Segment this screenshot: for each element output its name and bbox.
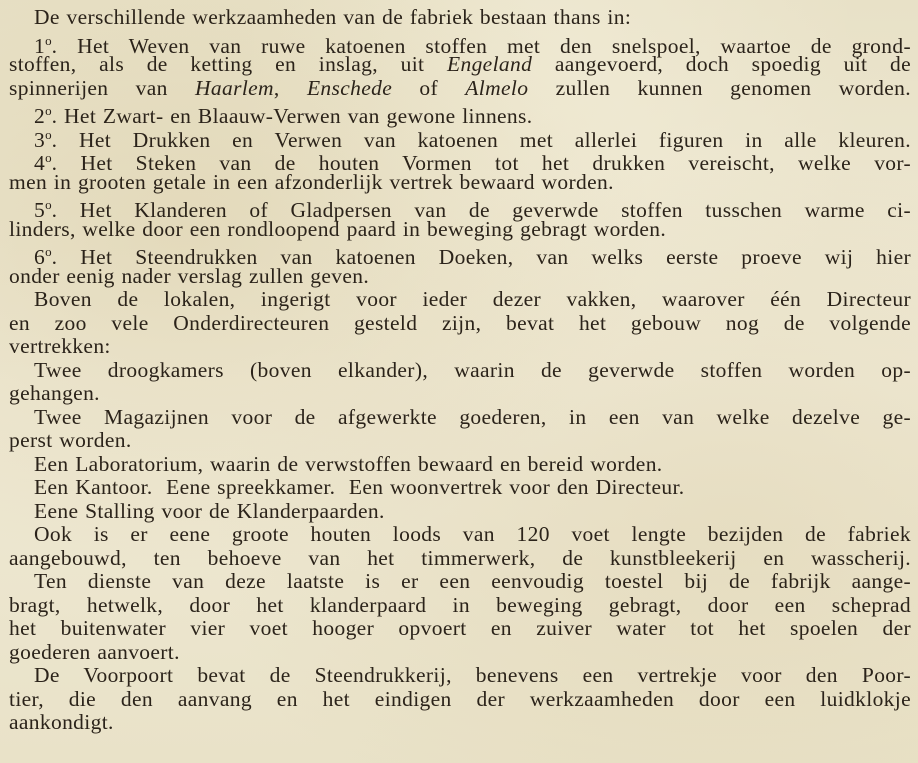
line-text: Twee droogkamers (boven elkander), waari… bbox=[34, 358, 911, 382]
line-text: Eene Stalling voor de Klanderpaarden. bbox=[34, 499, 385, 523]
line-text: De Voorpoort bevat de Steendrukkerij, be… bbox=[34, 663, 911, 687]
line-text: Een Laboratorium, waarin de verwstoffen … bbox=[34, 452, 663, 476]
line-text: Een Kantoor. Eene spreekkamer. Een woonv… bbox=[34, 475, 685, 499]
place-name: Enschede bbox=[307, 76, 392, 100]
line-text: perst worden. bbox=[9, 428, 132, 452]
list-item-2: 2o. Het Zwart- en Blaauw-Verwen van gewo… bbox=[34, 100, 532, 123]
paragraph-start: Boven de lokalen, ingerigt voor ieder de… bbox=[34, 288, 911, 311]
text-line: vertrekken: bbox=[9, 335, 111, 358]
line-text: , bbox=[274, 76, 307, 100]
line-text: spinnerijen van bbox=[9, 76, 195, 100]
paragraph-start: Eene Stalling voor de Klanderpaarden. bbox=[34, 500, 385, 523]
paragraph-start: Ten dienste van deze laatste is er een e… bbox=[34, 570, 911, 593]
line-text: De verschillende werkzaamheden van de fa… bbox=[34, 5, 631, 29]
text-line: en zoo vele Onderdirecteuren gesteld zij… bbox=[9, 312, 911, 335]
line-text: gehangen. bbox=[9, 381, 100, 405]
line-text: Boven de lokalen, ingerigt voor ieder de… bbox=[34, 287, 911, 311]
line-text: goederen aanvoert. bbox=[9, 640, 180, 664]
line-text: bragt, hetwelk, door het klanderpaard in… bbox=[9, 593, 911, 617]
line-text: linders, welke door een rondloopend paar… bbox=[9, 217, 666, 241]
paragraph-start: Een Laboratorium, waarin de verwstoffen … bbox=[34, 453, 663, 476]
line-text: Ten dienste van deze laatste is er een e… bbox=[34, 569, 911, 593]
text-line: tier, die den aanvang en het eindigen de… bbox=[9, 688, 911, 711]
text-line: het buitenwater vier voet hooger opvoert… bbox=[9, 617, 911, 640]
paragraph-start: Twee droogkamers (boven elkander), waari… bbox=[34, 359, 911, 382]
list-item-3: 3o. Het Drukken en Verwen van katoenen m… bbox=[34, 124, 911, 147]
text-line: perst worden. bbox=[9, 429, 132, 452]
line-text: stoffen, als de ketting en inslag, uit bbox=[9, 52, 447, 76]
text-line: spinnerijen van Haarlem, Enschede of Alm… bbox=[9, 77, 911, 100]
place-name: Engeland bbox=[447, 52, 532, 76]
text-line: onder eenig nader verslag zullen geven. bbox=[9, 265, 369, 288]
paragraph-start: Twee Magazijnen voor de afgewerkte goede… bbox=[34, 406, 911, 429]
paragraph-start: Ook is er eene groote houten loods van 1… bbox=[34, 523, 911, 546]
paragraph-start: De Voorpoort bevat de Steendrukkerij, be… bbox=[34, 664, 911, 687]
text-line: gehangen. bbox=[9, 382, 100, 405]
text-line: aangebouwd, ten behoeve van het timmerwe… bbox=[9, 547, 911, 570]
line-text: aankondigt. bbox=[9, 710, 114, 734]
list-item-4: 4o. Het Steken van de houten Vormen tot … bbox=[34, 147, 911, 170]
line-text: of bbox=[392, 76, 465, 100]
line-text: het buitenwater vier voet hooger opvoert… bbox=[9, 616, 911, 640]
text-line: De verschillende werkzaamheden van de fa… bbox=[34, 6, 631, 29]
line-text: men in grooten getale in een afzonderlij… bbox=[9, 170, 614, 194]
text-line: stoffen, als de ketting en inslag, uit E… bbox=[9, 53, 911, 76]
place-name: Haarlem bbox=[195, 76, 274, 100]
list-item-1: 1o. Het Weven van ruwe katoenen stoffen … bbox=[34, 30, 911, 53]
line-text: tier, die den aanvang en het eindigen de… bbox=[9, 687, 911, 711]
text-line: goederen aanvoert. bbox=[9, 641, 180, 664]
line-text: en zoo vele Onderdirecteuren gesteld zij… bbox=[9, 311, 911, 335]
line-text: aangevoerd, doch spoedig uit de bbox=[532, 52, 911, 76]
text-line: linders, welke door een rondloopend paar… bbox=[9, 218, 666, 241]
list-item-6: 6o. Het Steendrukken van katoenen Doeken… bbox=[34, 241, 911, 264]
line-text: aangebouwd, ten behoeve van het timmerwe… bbox=[9, 546, 911, 570]
line-text: vertrekken: bbox=[9, 334, 111, 358]
paragraph-start: Een Kantoor. Eene spreekkamer. Een woonv… bbox=[34, 476, 685, 499]
line-text: zullen kunnen genomen worden. bbox=[528, 76, 911, 100]
line-text: onder eenig nader verslag zullen geven. bbox=[9, 264, 369, 288]
line-text: Ook is er eene groote houten loods van 1… bbox=[34, 522, 911, 546]
list-item-5: 5o. Het Klanderen of Gladpersen van de g… bbox=[34, 194, 911, 217]
text-line: men in grooten getale in een afzonderlij… bbox=[9, 171, 614, 194]
line-text: Twee Magazijnen voor de afgewerkte goede… bbox=[34, 405, 911, 429]
place-name: Almelo bbox=[465, 76, 528, 100]
text-line: bragt, hetwelk, door het klanderpaard in… bbox=[9, 594, 911, 617]
text-line: aankondigt. bbox=[9, 711, 114, 734]
document-page: De verschillende werkzaamheden van de fa… bbox=[0, 0, 918, 763]
